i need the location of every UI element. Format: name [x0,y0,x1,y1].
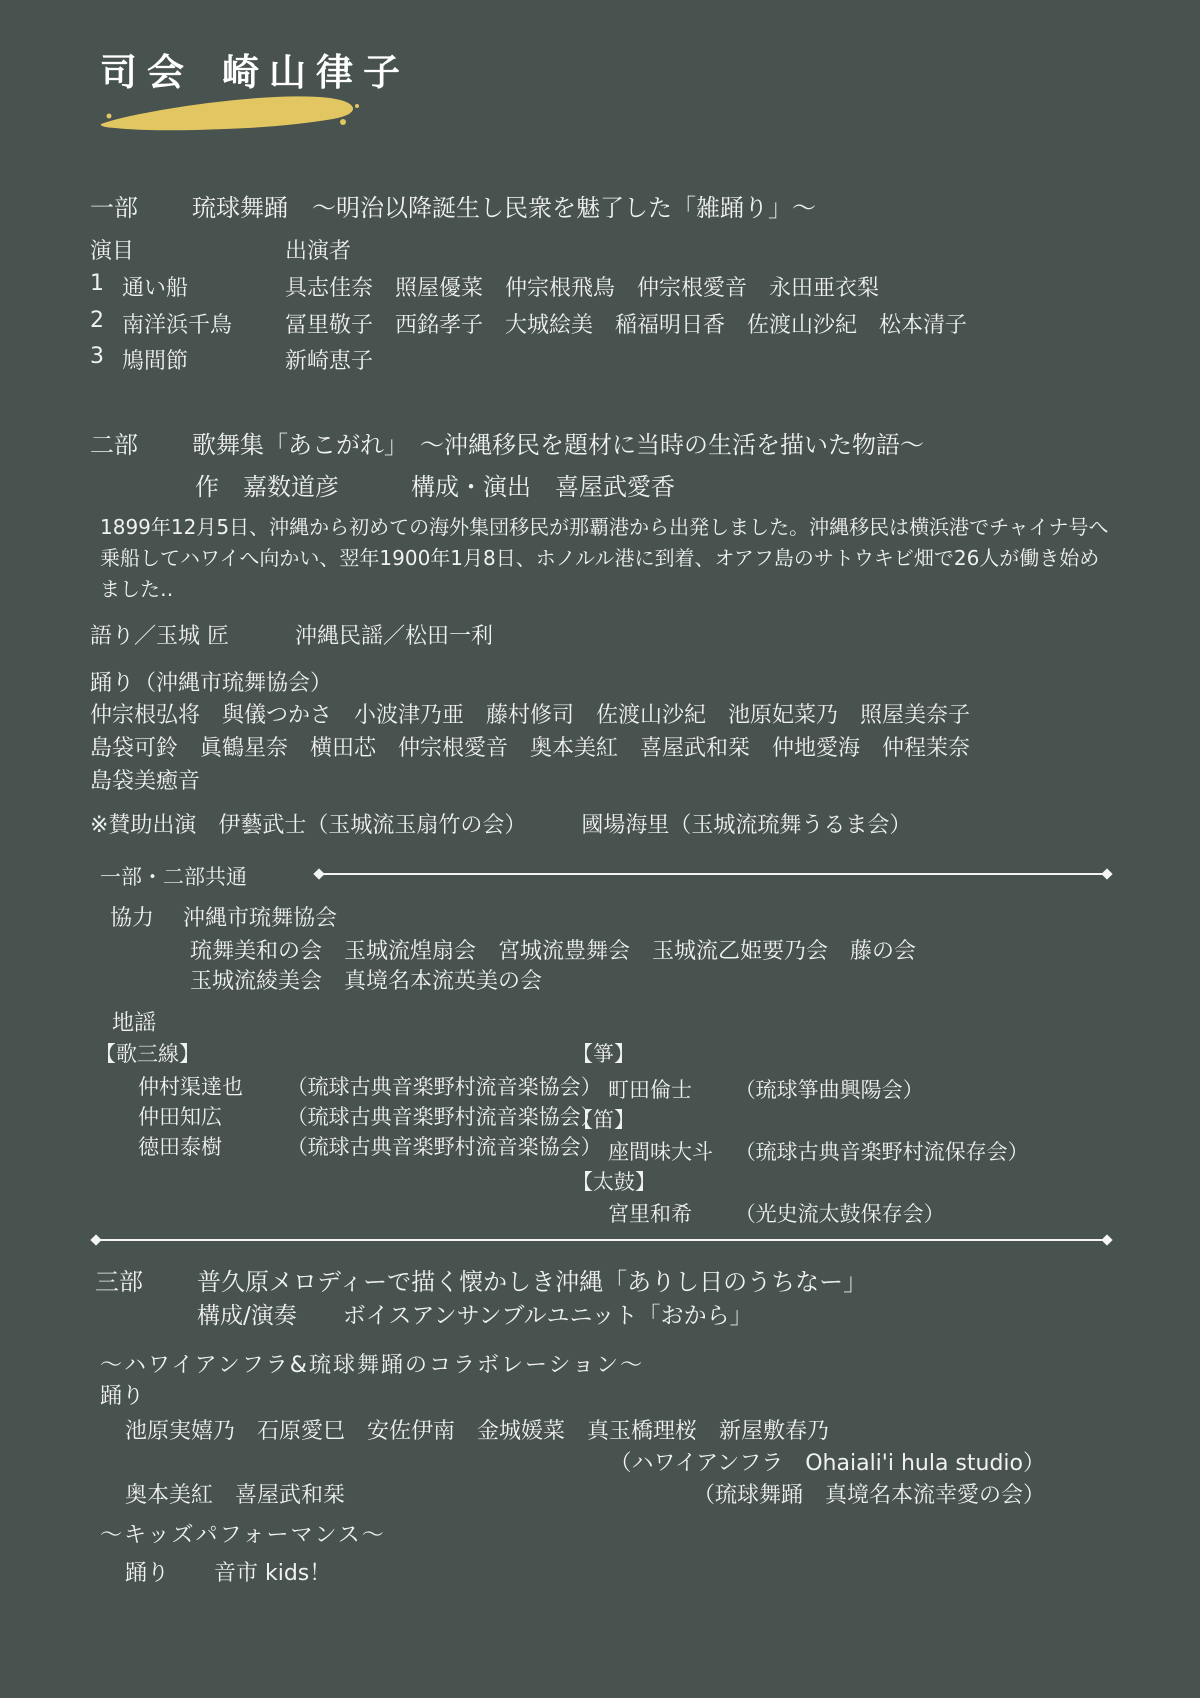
program-performers: 新崎恵子 [285,344,373,375]
performer-group: （琉球古典音楽野村流音楽協会） [287,1075,602,1099]
table-row: 3 鳩間節 新崎恵子 [90,344,373,375]
fue-label: 【笛】 [572,1104,635,1134]
part3-title: 普久原メロディーで描く懐かしき沖縄「ありし日のうちなー」 [197,1262,867,1297]
performer-name: 宮里和希 [608,1198,728,1228]
hula-group: （ハワイアンフラ Ohaiali'i hula studio） [609,1446,1045,1477]
part2-dance-heading: 踊り（沖縄市琉舞協会） [90,666,332,697]
part3-heading: 三部 普久原メロディーで描く懐かしき沖縄「ありし日のうちなー」 [95,1262,867,1297]
utasanshin-label: 【歌三線】 [95,1038,200,1068]
program-title: 鳩間節 [122,344,285,375]
common-section-label: 一部・二部共通 [100,861,247,891]
kids-heading: ～キッズパフォーマンス～ [100,1518,386,1549]
table-row: 2 南洋浜千鳥 冨里敬子 西銘孝子 大城絵美 稲福明日香 佐渡山沙紀 松本清子 [90,308,967,339]
part1-heading: 一部 琉球舞踊 ～明治以降誕生し民衆を魅了した「雑踊り」～ [90,188,816,223]
program-performers: 具志佳奈 照屋優菜 仲宗根飛鳥 仲宗根愛音 永田亜衣梨 [285,271,879,302]
utasanshin-row: 仲田知広 （琉球古典音楽野村流音楽協会） [138,1101,602,1131]
part1-title: 琉球舞踊 ～明治以降誕生し民衆を魅了した「雑踊り」～ [192,188,816,223]
part3-label: 三部 [95,1262,197,1297]
utasanshin-row: 徳田泰樹 （琉球古典音楽野村流音楽協会） [138,1131,602,1161]
performer-name: 座間味大斗 [608,1136,728,1166]
part2-dancers-line2: 島袋可鈴 眞鶴星奈 横田芯 仲宗根愛音 奥本美紅 喜屋武和栞 仲地愛海 仲程茉奈 [90,731,970,762]
part2-credits: 作 嘉数道彦 構成・演出 喜屋武愛香 [195,467,675,502]
ryukyu-dancers: 奥本美紅 喜屋武和栞 [125,1478,345,1509]
part3-credits: 構成/演奏 ボイスアンサンブルユニット「おから」 [197,1297,753,1330]
divider-line [318,873,1108,875]
divider-line [95,1239,1108,1241]
performer-group: （琉球古典音楽野村流音楽協会） [287,1105,602,1129]
performer-group: （光史流太鼓保存会） [735,1202,945,1226]
part2-dancers-line3: 島袋美癒音 [90,764,200,795]
hula-collab-heading: ～ハワイアンフラ&琉球舞踊のコラボレーション～ [100,1348,644,1379]
jiuta-label: 地謡 [112,1006,156,1037]
program-page: 司会崎山律子 一部 琉球舞踊 ～明治以降誕生し民衆を魅了した「雑踊り」～ 演目 … [0,0,1200,1698]
performer-group: （琉球箏曲興陽会） [735,1078,924,1102]
koto-label: 【箏】 [572,1038,635,1068]
part1-column-header: 演目 出演者 [90,234,351,265]
kids-performers: 音市 kids！ [214,1561,331,1586]
performer-name: 仲田知広 [138,1101,280,1131]
cooperation-main: 沖縄市琉舞協会 [183,901,337,932]
koto-row: 町田倫士 （琉球箏曲興陽会） [608,1074,924,1104]
program-performers: 冨里敬子 西銘孝子 大城絵美 稲福明日香 佐渡山沙紀 松本清子 [285,308,967,339]
performer-name: 徳田泰樹 [138,1131,280,1161]
part2-label: 二部 [90,425,192,460]
program-number: 2 [90,308,122,339]
ryukyu-group: （琉球舞踊 真境名本流幸愛の会） [693,1478,1045,1509]
kids-row: 踊り 音市 kids！ [125,1556,331,1587]
part1-label: 一部 [90,188,192,223]
hula-dancers: 池原実嬉乃 石原愛巳 安佐伊南 金城媛菜 真玉橋理桜 新屋敷春乃 [125,1414,829,1445]
part2-guest-performers: ※賛助出演 伊藝武士（玉城流玉扇竹の会） 國場海里（玉城流琉舞うるま会） [90,808,911,839]
hula-dance-label: 踊り [100,1379,144,1410]
cooperation-line1: 琉舞美和の会 玉城流煌扇会 宮城流豊舞会 玉城流乙姫要乃会 藤の会 [190,934,916,965]
part2-description: 1899年12月5日、沖縄から初めての海外集団移民が那覇港から出発しました。沖縄… [100,512,1118,605]
taiko-label: 【太鼓】 [572,1166,656,1196]
cooperation-line2: 玉城流綾美会 真境名本流英美の会 [190,964,542,995]
part2-heading: 二部 歌舞集「あこがれ」 ～沖縄移民を題材に当時の生活を描いた物語～ [90,425,924,460]
program-title: 南洋浜千鳥 [122,308,285,339]
column-performers: 出演者 [285,234,351,265]
table-row: 1 通い船 具志佳奈 照屋優菜 仲宗根飛鳥 仲宗根愛音 永田亜衣梨 [90,271,879,302]
kids-dance-label: 踊り [125,1556,207,1587]
program-title: 通い船 [122,271,285,302]
part2-title: 歌舞集「あこがれ」 ～沖縄移民を題材に当時の生活を描いた物語～ [192,425,924,460]
performer-name: 仲村渠達也 [138,1071,280,1101]
performer-group: （琉球古典音楽野村流保存会） [735,1140,1029,1164]
performer-group: （琉球古典音楽野村流音楽協会） [287,1135,602,1159]
performer-name: 町田倫士 [608,1074,728,1104]
part2-dancers-line1: 仲宗根弘将 與儀つかさ 小波津乃亜 藤村修司 佐渡山沙紀 池原妃菜乃 照屋美奈子 [90,698,970,729]
gold-brush-stroke-icon [95,86,365,134]
taiko-row: 宮里和希 （光史流太鼓保存会） [608,1198,945,1228]
utasanshin-row: 仲村渠達也 （琉球古典音楽野村流音楽協会） [138,1071,602,1101]
cooperation-label: 協力 [110,901,183,932]
program-number: 1 [90,271,122,302]
column-program: 演目 [90,234,285,265]
cooperation-row: 協力 沖縄市琉舞協会 [110,901,337,932]
part2-narration: 語り／玉城 匠 沖縄民謡／松田一利 [90,619,493,650]
fue-row: 座間味大斗 （琉球古典音楽野村流保存会） [608,1136,1029,1166]
program-number: 3 [90,344,122,375]
